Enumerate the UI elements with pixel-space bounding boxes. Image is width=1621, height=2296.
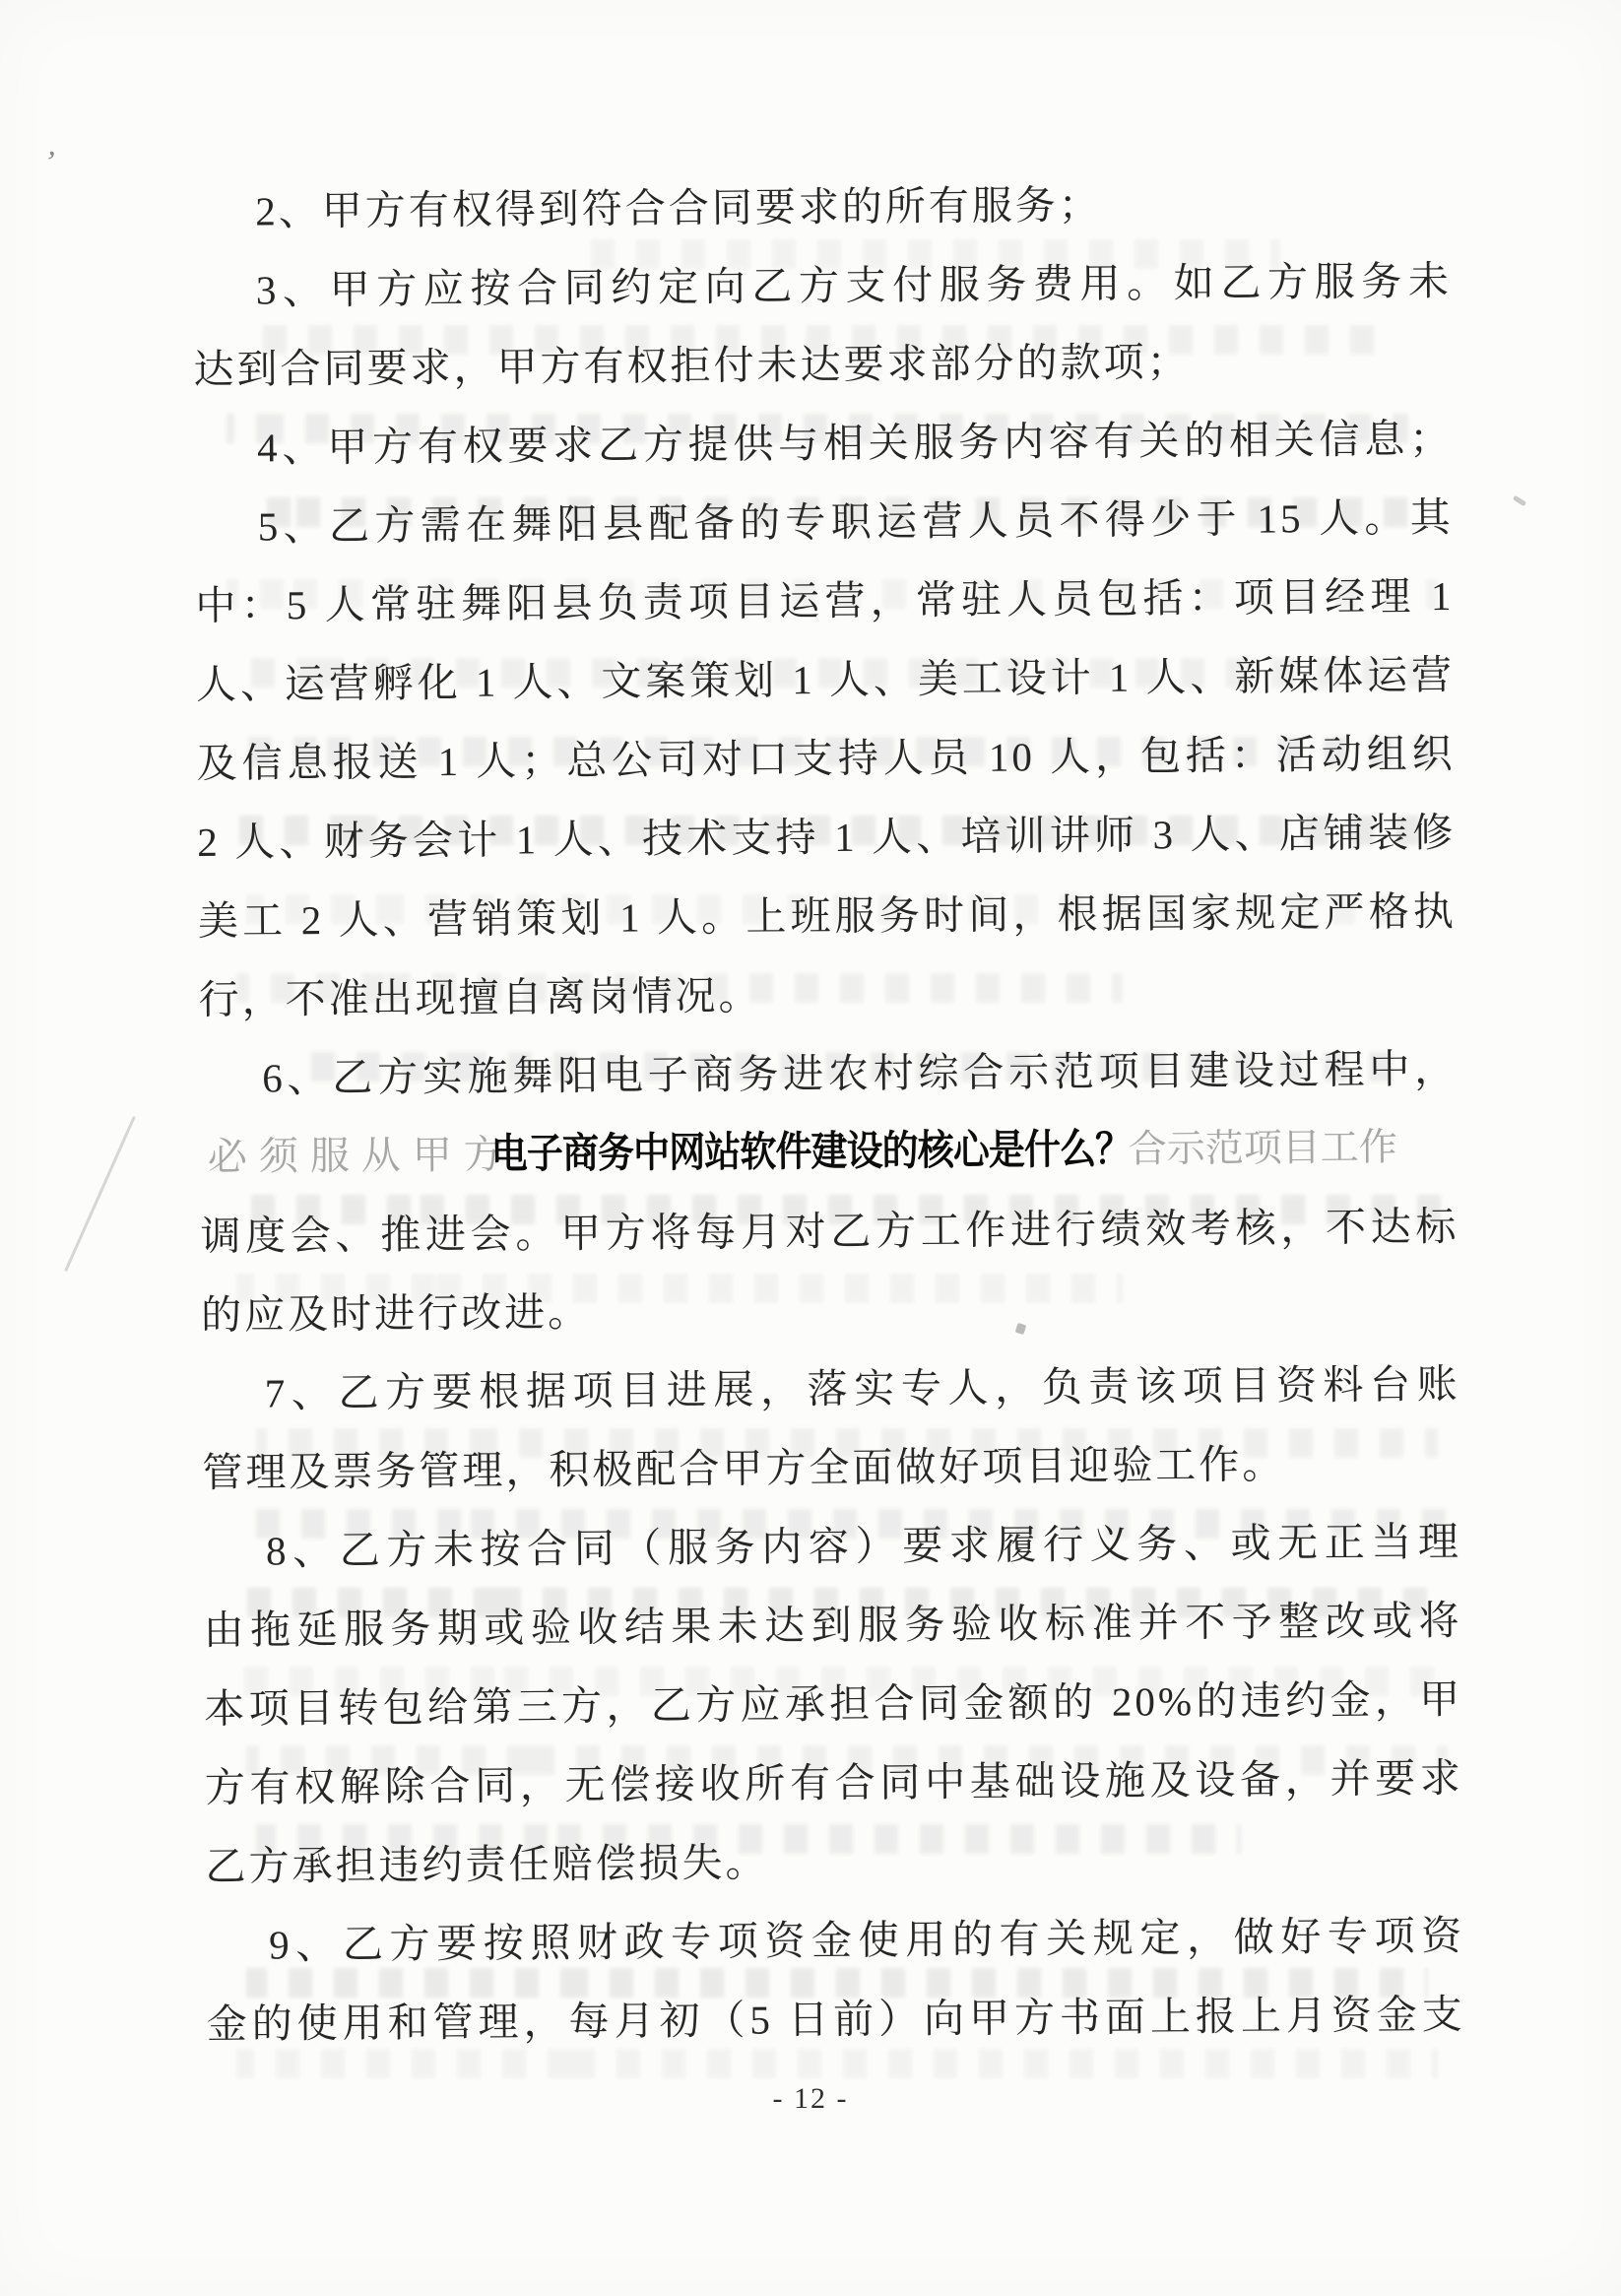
text-line: 的应及时进行改进。 [201,1266,1460,1354]
overlay-headline: 电子商务中网站软件建设的核心是什么？ [491,1113,1132,1193]
text-line: 人、运营孵化 1 人、文案策划 1 人、美工设计 1 人、新媒体运营 [196,635,1456,724]
text-line: 5、乙方需在舞阳县配备的专职运营人员不得少于 15 人。其 [194,478,1454,566]
text-line: 及信息报送 1 人；总公司对口支持人员 10 人，包括：活动组织 [196,714,1456,803]
text-line: 金的使用和管理，每月初（5 日前）向甲方书面上报上月资金支 [206,1975,1465,2064]
text-line: 7、乙方要根据项目进展，落实专人，负责该项目资料台账 [201,1345,1460,1433]
scan-artifact-speck [1513,495,1527,507]
contract-text-lines: 2、甲方有权得到符合合同要求的所有服务；3、甲方应按合同约定向乙方支付服务费用。… [192,163,1451,172]
scan-artifact-scratch [64,1116,136,1272]
faded-text-left-fragment: 必须服从甲方 [208,1116,516,1197]
text-line: 4、甲方有权要求乙方提供与相关服务内容有关的相关信息； [194,399,1454,488]
text-line: 2 人、财务会计 1 人、技术支持 1 人、培训讲师 3 人、店铺装修 [197,793,1457,882]
text-line: 本项目转包给第三方，乙方应承担合同金额的 20%的违约金，甲 [204,1660,1463,1748]
text-line: 美工 2 人、营销策划 1 人。上班服务时间，根据国家规定严格执 [198,872,1458,960]
faded-text-line: 必须服从甲方 合示范项目工作 电子商务中网站软件建设的核心是什么？ [200,1108,1459,1197]
text-line: 达到合同要求，甲方有权拒付未达要求部分的款项； [193,320,1453,409]
text-line: 6、乙方实施舞阳电子商务进农村综合示范项目建设过程中， [199,1029,1459,1118]
text-line: 2、甲方有权得到符合合同要求的所有服务； [192,163,1452,251]
text-line: 9、乙方要按照财政专项资金使用的有关规定，做好专项资 [206,1896,1465,1985]
text-line: 3、甲方应按合同约定向乙方支付服务费用。如乙方服务未 [193,241,1453,330]
text-line: 管理及票务管理，积极配合甲方全面做好项目迎验工作。 [202,1423,1461,1512]
text-line: 由拖延服务期或验收结果未达到服务验收标准并不予整改或将 [203,1581,1462,1670]
text-line: 调度会、推进会。甲方将每月对乙方工作进行绩效考核，不达标 [200,1187,1459,1276]
page-number: - 12 - [0,2074,1621,2124]
document-body: 2、甲方有权得到符合合同要求的所有服务；3、甲方应按合同约定向乙方支付服务费用。… [192,163,1466,2132]
faded-text-right-fragment: 合示范项目工作 [1128,1108,1397,1189]
text-line: 8、乙方未按合同（服务内容）要求履行义务、或无正当理 [203,1502,1462,1591]
text-line: 中：5 人常驻舞阳县负责项目运营，常驻人员包括：项目经理 1 [195,557,1455,645]
text-line: 行，不准出现擅自离岗情况。 [198,951,1458,1039]
text-line: 方有权解除合同，无偿接收所有合同中基础设施及设备，并要求 [205,1738,1464,1827]
text-line: 乙方承担违约责任赔偿损失。 [205,1817,1464,1906]
scanned-page: ’ 2、甲方有权得到符合合同要求的所有服务；3、甲方应按合同约定向乙方支付服务费… [0,0,1621,2296]
scan-artifact-speck: ’ [42,143,58,180]
